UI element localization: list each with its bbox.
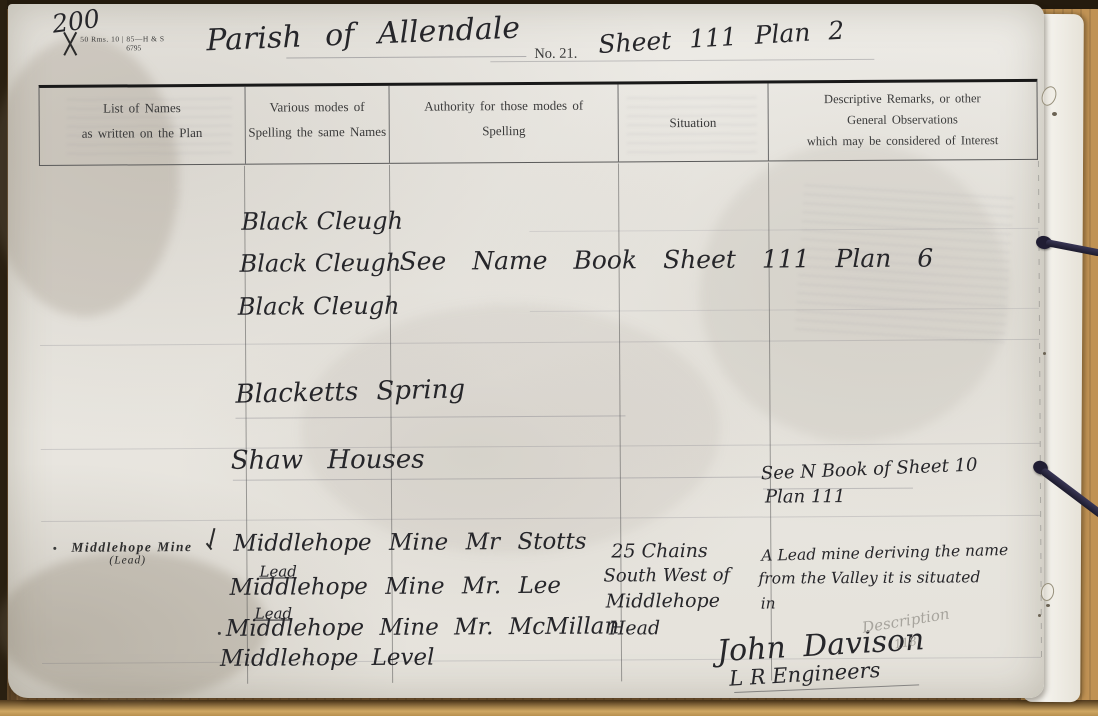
cancelled-mark (60, 31, 80, 57)
ink-dot (218, 632, 221, 635)
entry-remark: See N Book of Sheet 10 (761, 454, 978, 484)
entry-remark: A Lead mine deriving the name (761, 541, 1008, 565)
column-header-authority: Authority for those modes of Spelling (389, 84, 618, 162)
column-header-line: Authority for those modes of (424, 98, 583, 115)
column-header-remarks: Descriptive Remarks, or other General Ob… (767, 82, 1037, 161)
entry-remark: in (761, 594, 776, 612)
ink-dot (53, 547, 56, 550)
print-code-line1: 50 Rms. 10 | 85—H & S (80, 34, 164, 44)
document-page: 200 50 Rms. 10 | 85—H & S 6795 Parish of… (8, 4, 1044, 698)
entry-spelling: Middlehope Mine Mr. McMillan (226, 613, 620, 641)
table-header: List of Names as written on the Plan Var… (38, 79, 1037, 166)
entry-spelling: Middlehope Level (220, 645, 435, 672)
page-content: 200 50 Rms. 10 | 85—H & S 6795 Parish of… (8, 1, 1048, 701)
punch-hole-speck (1038, 614, 1041, 617)
entry-spelling: Black Cleugh (241, 207, 403, 236)
entry-spelling: Middlehope Mine Mr. Lee (229, 573, 561, 601)
entry-remark: Plan 111 (765, 486, 845, 507)
entry-spelling: Black Cleugh (239, 249, 401, 278)
column-header-line: Spelling the same Names (248, 124, 386, 141)
punch-hole-speck (1046, 604, 1050, 607)
column-header-spellings: Various modes of Spelling the same Names (244, 86, 389, 164)
punch-hole-speck (1052, 112, 1057, 116)
entry-situation: Middlehope (606, 590, 720, 613)
parish-title: Parish of Allendale (206, 11, 521, 59)
column-header-line: Descriptive Remarks, or other (824, 91, 981, 107)
entry-situation: South West of (603, 565, 730, 587)
entry-plan-name: Middlehope Mine (71, 539, 192, 556)
header-rule (286, 56, 526, 58)
column-header-line: Situation (669, 114, 716, 130)
column-header-line: General Observations (847, 112, 958, 128)
punch-hole-speck (1043, 352, 1046, 355)
print-code-line2: 6795 (126, 43, 141, 52)
column-header-line: which may be considered of Interest (807, 133, 999, 149)
column-header-line: List of Names (103, 100, 181, 116)
entry-remark: from the Valley it is situated (758, 568, 980, 587)
column-header-line: Various modes of (270, 99, 365, 116)
tick-mark (209, 528, 215, 547)
column-header-situation: Situation (617, 84, 767, 162)
entry-spelling: Shaw Houses (231, 445, 425, 476)
entry-situation: 25 Chains (611, 540, 708, 563)
stain (0, 36, 180, 317)
column-header-line: as written on the Plan (82, 125, 203, 142)
entry-spelling: Black Cleugh (238, 292, 400, 321)
entry-plan-name-qualifier: (Lead) (109, 554, 146, 566)
column-header-line: Spelling (482, 123, 525, 139)
sheet-plan-title: Sheet 111 Plan 2 (598, 16, 845, 59)
entry-spelling: Middlehope Mine Mr Stotts (233, 529, 586, 557)
wood-edge-bottom (0, 700, 1098, 716)
entry-spelling: Blacketts Spring (235, 374, 465, 409)
entry-situation: Head (609, 617, 660, 639)
sheet-number-label: No. 21. (534, 46, 577, 63)
column-header-names: List of Names as written on the Plan (40, 87, 245, 165)
entry-authority: See Name Book Sheet 111 Plan 6 (399, 244, 933, 276)
